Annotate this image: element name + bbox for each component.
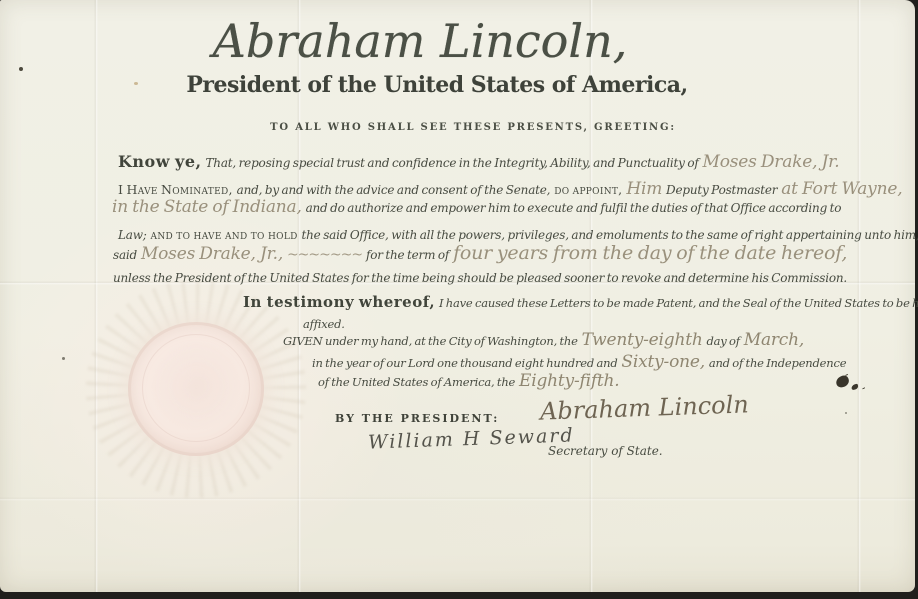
document-subtitle: President of the United States of Americ… — [0, 72, 874, 98]
body-line-1: Know ye, That, reposing special trust an… — [118, 152, 839, 172]
seward-signature: William H Seward — [368, 424, 575, 453]
testimony-line-5: of the United States of America, the Eig… — [318, 371, 620, 391]
day-of-text: day of — [706, 334, 739, 348]
fold-crease-horizontal-2 — [0, 497, 915, 501]
document-title-script: Abraham Lincoln, — [0, 14, 840, 68]
affixed-text: affixed. — [303, 317, 345, 331]
independence-text: and of the Independence — [709, 356, 847, 370]
handwritten-him: Him — [626, 179, 662, 199]
body-line-2-text-1: and, by and with the advice and consent … — [237, 183, 551, 197]
embossed-seal — [128, 322, 264, 456]
handwritten-year: Sixty-one, — [621, 352, 705, 372]
handwritten-day: Twenty-eighth — [582, 330, 703, 350]
body-line-1-text: That, reposing special trust and confide… — [206, 156, 699, 170]
ink-blot — [835, 374, 851, 388]
testimony-line-4: in the year of our Lord one thousand eig… — [312, 352, 846, 372]
of-united-states-text: of the United States of America, the — [318, 375, 515, 389]
given-text: GIVEN under my hand, at the City of Wash… — [283, 334, 578, 348]
document-paper: Abraham Lincoln, President of the United… — [0, 0, 915, 592]
body-line-5: said Moses Drake, Jr., ~~~~~~~ for the t… — [113, 242, 847, 264]
handwritten-appointee-name-2: Moses Drake, Jr., — [141, 244, 283, 264]
handwritten-independence-year: Eighty-fifth. — [519, 371, 619, 391]
paper-speck — [19, 67, 23, 71]
year-text: in the year of our Lord one thousand eig… — [312, 356, 618, 370]
testimony-lead: In testimony whereof, — [243, 293, 435, 311]
pen-flourish: ~~~~~~~ — [287, 247, 362, 263]
lincoln-signature: Abraham Lincoln — [540, 390, 750, 425]
know-ye-lead: Know ye, — [118, 152, 202, 171]
body-line-2: I Have Nominated, and, by and with the a… — [118, 179, 902, 199]
body-line-3-text: and do authorize and empower him to exec… — [306, 201, 842, 215]
handwritten-appointee-name: Moses Drake, Jr. — [703, 152, 840, 172]
said-text: said — [113, 248, 137, 262]
term-of-text: for the term of — [366, 248, 449, 262]
handwritten-term: four years from the day of the date here… — [453, 242, 847, 264]
handwritten-month: March, — [744, 330, 804, 350]
body-line-4: Law; and to have and to hold the said Of… — [118, 224, 918, 243]
paper-speck — [845, 412, 847, 414]
body-line-4-text: the said Office, with all the powers, pr… — [302, 228, 918, 242]
testimony-line-1: In testimony whereof, I have caused thes… — [243, 292, 918, 311]
body-line-3: in the State of Indiana, and do authoriz… — [112, 197, 841, 217]
handwritten-state: in the State of Indiana, — [112, 197, 302, 217]
body-line-6: unless the President of the United State… — [113, 267, 847, 286]
by-the-president-label: BY THE PRESIDENT: — [335, 412, 499, 425]
do-appoint-smallcaps: do appoint, — [554, 182, 622, 197]
secretary-of-state-label: Secretary of State. — [548, 444, 663, 458]
testimony-line-3: GIVEN under my hand, at the City of Wash… — [283, 330, 804, 350]
handwritten-location: at Fort Wayne, — [781, 179, 902, 199]
paper-speck — [62, 357, 65, 360]
law-text: Law; — [118, 228, 147, 242]
office-title-text: Deputy Postmaster — [666, 183, 777, 197]
nominated-smallcaps: I Have Nominated, — [118, 182, 233, 197]
have-and-hold-smallcaps: and to have and to hold — [151, 227, 298, 242]
testimony-line-1-text: I have caused these Letters to be made P… — [439, 296, 918, 310]
paper-speck — [134, 82, 138, 85]
salutation-line: TO ALL WHO SHALL SEE THESE PRESENTS, GRE… — [28, 122, 918, 133]
revocation-clause-text: unless the President of the United State… — [113, 271, 847, 285]
